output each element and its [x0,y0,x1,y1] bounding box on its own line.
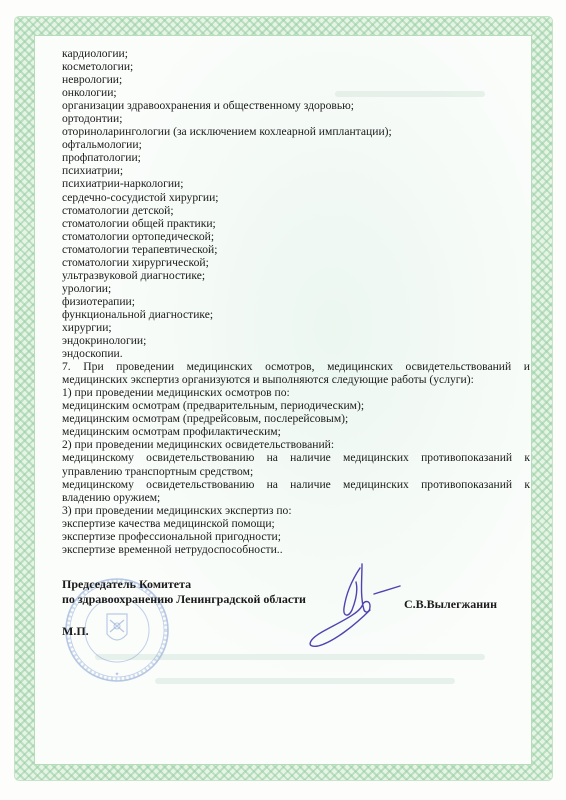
sub1-heading: 1) при проведении медицинских осмотров п… [62,386,530,399]
sub2-item1-line1: медицинскому освидетельствованию на нали… [62,451,530,464]
sub2-item2-line1: медицинскому освидетельствованию на нали… [62,478,530,491]
specialty-list-item: психиатрии-наркологии; [62,177,530,190]
sub3-item: экспертизе временной нетрудоспособности.… [62,543,530,556]
specialty-list-item: профпатологии; [62,151,530,164]
specialty-list-item: оториноларингологии (за исключением кохл… [62,125,530,138]
sub1-item: медицинским осмотрам (предрейсовым, посл… [62,412,530,425]
sub3-heading: 3) при проведении медицинских экспертиз … [62,504,530,517]
specialty-list-item: косметологии; [62,60,530,73]
document-text: кардиологии;косметологии;неврологии;онко… [62,47,530,556]
specialty-list-item: функциональной диагностике; [62,308,530,321]
signer-title-line1: Председатель Комитета [62,577,532,592]
seal-place-label: М.П. [62,624,89,639]
sub1-item: медицинским осмотрам профилактическим; [62,425,530,438]
sub3-item: экспертизе профессиональной пригодности; [62,530,530,543]
specialty-list-item: онкологии; [62,86,530,99]
specialty-list-item: психиатрии; [62,164,530,177]
specialty-list-item: физиотерапии; [62,295,530,308]
specialty-list-item: эндоскопии. [62,347,530,360]
sub3-item: экспертизе качества медицинской помощи; [62,517,530,530]
specialty-list-item: стоматологии детской; [62,204,530,217]
specialty-list-item: урологии; [62,282,530,295]
specialty-list-item: эндокринологии; [62,334,530,347]
specialty-list-item: ортодонтии; [62,112,530,125]
specialty-list-item: стоматологии терапевтической; [62,243,530,256]
specialty-list-item: офтальмологии; [62,138,530,151]
signer-name: С.В.Вылегжанин [404,597,497,612]
specialty-list-item: стоматологии хирургической; [62,256,530,269]
sub2-heading: 2) при проведении медицинских освидетель… [62,438,530,451]
specialty-list: кардиологии;косметологии;неврологии;онко… [62,47,530,360]
svg-text:✦: ✦ [114,671,119,678]
sub1-item: медицинским осмотрам (предварительным, п… [62,399,530,412]
sub2-item2-line2: владению оружием; [62,491,530,504]
watermark-line [155,678,455,684]
sub2-item1-line2: управлению транспортным средством; [62,465,530,478]
specialty-list-item: стоматологии общей практики; [62,217,530,230]
specialty-list-item: стоматологии ортопедической; [62,230,530,243]
specialty-list-item: ультразвуковой диагностике; [62,269,530,282]
specialty-list-item: кардиологии; [62,47,530,60]
section7-intro-line1: 7. При проведении медицинских осмотров, … [62,360,530,373]
specialty-list-item: организации здравоохранения и общественн… [62,99,530,112]
specialty-list-item: хирургии; [62,321,530,334]
specialty-list-item: неврологии; [62,73,530,86]
handwritten-signature-icon [300,560,410,650]
specialty-list-item: сердечно-сосудистой хирургии; [62,191,530,204]
section7-intro-line2: медицинских экспертиз организуются и вып… [62,373,530,386]
